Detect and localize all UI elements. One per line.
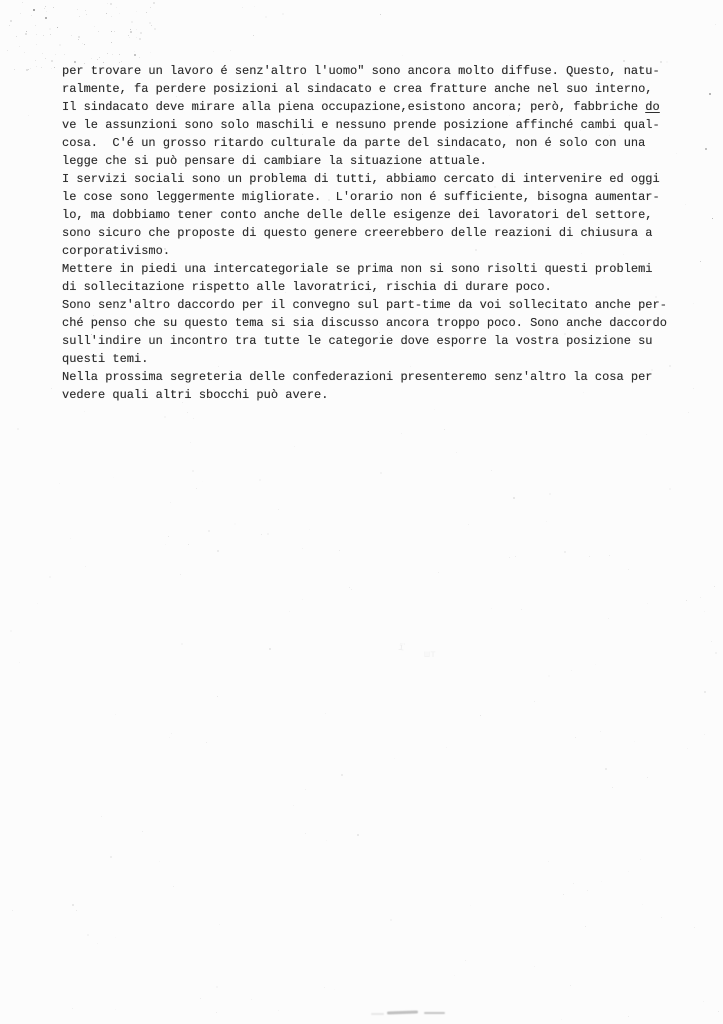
noise-speck — [200, 998, 201, 999]
noise-speck — [134, 54, 136, 56]
text-segment: Sono senz'altro daccordo per il convegno… — [62, 298, 667, 312]
noise-speck — [688, 412, 689, 413]
noise-speck — [110, 856, 112, 858]
bottom-smudge-mark — [387, 1010, 418, 1014]
noise-speck — [94, 26, 95, 27]
noise-speck — [112, 54, 113, 55]
noise-speck — [470, 905, 471, 906]
noise-speck — [570, 985, 571, 986]
noise-speck — [134, 51, 135, 52]
noise-speck — [589, 556, 590, 557]
noise-speck — [142, 831, 143, 832]
noise-speck — [390, 919, 392, 921]
noise-speck — [170, 502, 171, 503]
noise-speck — [128, 35, 129, 36]
noise-speck — [59, 44, 61, 46]
noise-speck — [693, 303, 694, 304]
noise-speck — [139, 57, 140, 58]
noise-speck — [289, 611, 290, 612]
faint-pencil-smudge: шт — [424, 650, 436, 661]
noise-speck — [10, 630, 12, 632]
noise-speck — [642, 904, 643, 905]
noise-speck — [45, 17, 47, 19]
noise-speck — [149, 22, 151, 24]
noise-speck — [334, 989, 335, 990]
noise-speck — [131, 21, 133, 23]
text-line: le cose sono leggermente migliorate. L'o… — [62, 188, 667, 206]
text-segment: Mettere in piedi una intercategoriale se… — [62, 262, 653, 276]
text-segment: ve le assunzioni sono solo maschili e ne… — [62, 118, 660, 132]
noise-speck — [704, 611, 705, 612]
noise-speck — [45, 58, 46, 59]
noise-speck — [714, 586, 715, 587]
noise-speck — [55, 54, 56, 55]
noise-speck — [12, 910, 13, 911]
noise-speck — [669, 488, 671, 490]
noise-speck — [139, 38, 141, 40]
noise-speck — [595, 664, 596, 665]
noise-speck — [208, 530, 210, 532]
noise-speck — [98, 31, 99, 32]
text-line: Nella prossima segreteria delle confeder… — [62, 368, 667, 386]
noise-speck — [130, 29, 131, 30]
noise-speck — [97, 943, 98, 944]
text-line: ché penso che su questo tema si sia disc… — [62, 314, 667, 332]
noise-speck — [711, 641, 712, 642]
text-segment: legge che si può pensare di cambiare la … — [62, 154, 487, 168]
text-line: corporativismo. — [62, 242, 667, 260]
noise-speck — [36, 34, 37, 35]
noise-speck — [35, 25, 36, 26]
noise-speck — [305, 833, 306, 834]
noise-speck — [468, 524, 469, 525]
noise-speck — [454, 975, 455, 976]
noise-speck — [646, 434, 647, 435]
noise-speck — [293, 805, 294, 806]
noise-speck — [49, 28, 51, 30]
noise-speck — [216, 1012, 217, 1013]
noise-speck — [700, 597, 701, 598]
noise-speck — [438, 572, 439, 573]
noise-speck — [534, 966, 535, 967]
noise-speck — [254, 6, 255, 7]
text-segment: vedere quali altri sbocchi può avere. — [62, 388, 328, 402]
noise-speck — [28, 69, 29, 70]
noise-speck — [705, 148, 707, 150]
noise-speck — [24, 52, 25, 53]
noise-speck — [78, 36, 80, 38]
noise-speck — [26, 69, 28, 71]
noise-speck — [309, 529, 310, 530]
noise-speck — [687, 748, 688, 749]
noise-speck — [136, 11, 137, 12]
noise-speck — [20, 13, 21, 14]
noise-speck — [171, 733, 172, 734]
text-segment: Nella prossima segreteria delle confeder… — [62, 370, 653, 384]
noise-speck — [87, 934, 89, 936]
noise-speck — [202, 481, 203, 482]
noise-speck — [19, 46, 20, 47]
noise-speck — [685, 204, 686, 205]
noise-speck — [168, 536, 169, 537]
noise-speck — [217, 550, 219, 552]
faint-pencil-smudge: ї̇ — [397, 643, 404, 655]
text-segment: sono sicuro che proposte di questo gener… — [62, 226, 653, 240]
noise-speck — [106, 13, 107, 14]
noise-speck — [107, 53, 108, 54]
noise-speck — [634, 741, 635, 742]
noise-speck — [10, 20, 12, 22]
noise-speck — [113, 477, 114, 478]
noise-speck — [709, 93, 711, 95]
noise-speck — [107, 3, 108, 4]
noise-speck — [36, 44, 37, 45]
noise-speck — [694, 927, 695, 928]
noise-speck — [573, 883, 574, 884]
noise-speck — [259, 479, 261, 481]
noise-speck — [51, 68, 52, 69]
text-line: cosa. C'é un grosso ritardo culturale da… — [62, 134, 667, 152]
text-line: lo, ma dobbiamo tener conto anche delle … — [62, 206, 667, 224]
noise-speck — [82, 43, 83, 44]
text-segment: corporativismo. — [62, 244, 170, 258]
noise-speck — [600, 731, 601, 732]
noise-speck — [153, 2, 155, 4]
text-line: Sono senz'altro daccordo per il convegno… — [62, 296, 667, 314]
noise-speck — [712, 218, 713, 219]
noise-speck — [703, 1001, 704, 1002]
noise-speck — [718, 1011, 719, 1012]
noise-speck — [351, 589, 352, 590]
bottom-smudge-mark — [424, 1012, 445, 1014]
noise-speck — [339, 550, 340, 551]
noise-speck — [37, 603, 38, 604]
noise-speck — [84, 44, 85, 45]
noise-speck — [628, 1016, 629, 1017]
noise-speck — [146, 12, 147, 13]
text-line: ve le assunzioni sono solo maschili e ne… — [62, 116, 667, 134]
noise-speck — [380, 14, 381, 15]
noise-speck — [546, 521, 547, 522]
noise-speck — [647, 603, 648, 604]
noise-speck — [85, 10, 86, 11]
noise-speck — [119, 13, 120, 14]
noise-speck — [216, 986, 218, 988]
noise-speck — [302, 599, 303, 600]
noise-speck — [99, 57, 100, 58]
noise-speck — [676, 153, 677, 154]
text-segment: di sollecitazione rispetto alle lavoratr… — [62, 280, 552, 294]
noise-speck — [196, 488, 197, 489]
noise-speck — [234, 523, 236, 525]
noise-speck — [9, 25, 10, 26]
noise-speck — [513, 497, 515, 499]
text-segment: lo, ma dobbiamo tener conto anche delle … — [62, 208, 653, 222]
noise-speck — [278, 1010, 279, 1011]
noise-speck — [587, 890, 588, 891]
noise-speck — [561, 1019, 562, 1020]
noise-speck — [704, 734, 705, 735]
noise-speck — [608, 618, 609, 619]
noise-speck — [78, 39, 79, 40]
noise-speck — [192, 470, 194, 472]
noise-speck — [17, 428, 19, 430]
noise-speck — [159, 861, 160, 862]
noise-speck — [70, 538, 71, 539]
noise-speck — [44, 8, 45, 9]
noise-speck — [97, 59, 98, 60]
noise-speck — [53, 7, 54, 8]
noise-speck — [341, 774, 343, 776]
text-segment: cosa. C'é un grosso ritardo culturale da… — [62, 136, 645, 150]
noise-speck — [79, 16, 80, 17]
noise-speck — [188, 544, 189, 545]
noise-speck — [585, 926, 586, 927]
noise-speck — [640, 859, 641, 860]
noise-speck — [549, 493, 551, 495]
noise-speck — [294, 446, 295, 447]
noise-speck — [110, 3, 112, 5]
noise-speck — [101, 816, 102, 817]
noise-speck — [267, 533, 269, 535]
noise-speck — [217, 696, 218, 697]
noise-speck — [187, 412, 188, 413]
noise-speck — [282, 13, 284, 15]
noise-speck — [16, 36, 17, 37]
noise-speck — [715, 652, 717, 654]
noise-speck — [71, 35, 72, 36]
noise-speck — [357, 834, 359, 836]
scanned-page: per trovare un lavoro é senz'altro l'uom… — [0, 0, 723, 1024]
noise-speck — [261, 534, 262, 535]
noise-speck — [85, 566, 86, 567]
noise-speck — [7, 50, 8, 51]
noise-speck — [325, 713, 326, 714]
text-segment: ralmente, fa perdere posizioni al sindac… — [62, 82, 653, 96]
noise-speck — [693, 388, 694, 389]
noise-speck — [612, 787, 613, 788]
text-segment: le cose sono leggermente migliorate. L'o… — [62, 190, 660, 204]
noise-speck — [628, 569, 629, 570]
text-line: per trovare un lavoro é senz'altro l'uom… — [62, 62, 667, 80]
noise-speck — [446, 747, 447, 748]
noise-speck — [575, 737, 576, 738]
text-line: I servizi sociali sono un problema di tu… — [62, 170, 667, 188]
noise-speck — [28, 115, 29, 116]
text-line: di sollecitazione rispetto alle lavoratr… — [62, 278, 667, 296]
noise-speck — [548, 675, 550, 677]
text-segment: ché penso che su questo tema si sia disc… — [62, 316, 667, 330]
noise-speck — [140, 32, 142, 34]
noise-speck — [51, 60, 53, 62]
noise-speck — [456, 452, 457, 453]
noise-speck — [647, 777, 648, 778]
noise-speck — [77, 9, 78, 10]
noise-speck — [45, 6, 46, 7]
noise-speck — [72, 904, 74, 906]
noise-speck — [251, 999, 252, 1000]
noise-speck — [30, 68, 31, 69]
text-line: legge che si può pensare di cambiare la … — [62, 152, 667, 170]
noise-speck — [661, 917, 662, 918]
noise-speck — [154, 28, 156, 30]
noise-speck — [91, 58, 92, 59]
noise-speck — [22, 2, 23, 3]
noise-speck — [181, 643, 183, 645]
noise-speck — [64, 54, 65, 55]
text-line: questi temi. — [62, 350, 667, 368]
text-line: Il sindacato deve mirare alla piena occu… — [62, 98, 667, 116]
noise-speck — [324, 987, 325, 988]
noise-speck — [444, 429, 445, 430]
document-text: per trovare un lavoro é senz'altro l'uom… — [62, 62, 667, 404]
noise-speck — [111, 31, 112, 32]
noise-speck — [278, 509, 279, 510]
noise-speck — [51, 388, 52, 389]
noise-speck — [150, 7, 151, 8]
noise-speck — [434, 409, 435, 410]
noise-speck — [548, 861, 549, 862]
noise-speck — [305, 789, 306, 790]
noise-speck — [50, 34, 51, 35]
noise-speck — [59, 483, 60, 484]
text-segment: I servizi sociali sono un problema di tu… — [62, 172, 660, 186]
noise-speck — [180, 574, 181, 575]
noise-speck — [136, 37, 137, 38]
noise-speck — [26, 31, 27, 32]
text-segment: sull'indire un incontro tra tutte le cat… — [62, 334, 653, 348]
noise-speck — [704, 691, 706, 693]
noise-speck — [54, 67, 55, 68]
noise-speck — [115, 937, 116, 938]
noise-speck — [509, 557, 510, 558]
noise-speck — [628, 871, 629, 872]
noise-speck — [480, 715, 481, 716]
noise-speck — [242, 7, 243, 8]
noise-speck — [302, 548, 303, 549]
noise-speck — [129, 37, 130, 38]
noise-speck — [206, 742, 207, 743]
text-line: vedere quali altri sbocchi può avere. — [62, 386, 667, 404]
noise-speck — [349, 587, 350, 588]
text-line: sull'indire un incontro tra tutte le cat… — [62, 332, 667, 350]
noise-speck — [491, 608, 492, 609]
noise-speck — [715, 24, 716, 25]
noise-speck — [150, 52, 151, 53]
text-line: sono sicuro che proposte di questo gener… — [62, 224, 667, 242]
noise-speck — [43, 35, 44, 36]
noise-speck — [521, 609, 522, 610]
noise-speck — [164, 416, 166, 418]
noise-speck — [190, 442, 191, 443]
noise-speck — [515, 556, 516, 557]
noise-speck — [57, 27, 58, 28]
noise-speck — [326, 840, 327, 841]
noise-speck — [601, 881, 602, 882]
noise-speck — [49, 576, 51, 578]
noise-speck — [571, 670, 572, 671]
noise-speck — [380, 472, 382, 474]
noise-speck — [72, 1008, 73, 1009]
text-segment: Il sindacato deve mirare alla piena occu… — [62, 100, 645, 114]
noise-speck — [700, 261, 701, 262]
noise-speck — [165, 544, 166, 545]
noise-speck — [46, 11, 47, 12]
noise-speck — [115, 714, 116, 715]
noise-speck — [25, 33, 27, 35]
noise-speck — [491, 470, 492, 471]
noise-speck — [76, 910, 77, 911]
noise-speck — [609, 555, 610, 556]
noise-speck — [265, 16, 267, 18]
noise-speck — [19, 662, 20, 663]
noise-speck — [230, 50, 231, 51]
text-segment: per trovare un lavoro é senz'altro l'uom… — [62, 64, 660, 78]
noise-speck — [35, 60, 36, 61]
noise-speck — [115, 1009, 116, 1010]
bottom-smudge-mark — [371, 1013, 384, 1015]
noise-speck — [269, 648, 271, 650]
noise-speck — [119, 54, 120, 55]
noise-speck — [151, 25, 152, 26]
text-line: Mettere in piedi una intercategoriale se… — [62, 260, 667, 278]
noise-speck — [213, 51, 214, 52]
noise-speck — [253, 35, 254, 36]
noise-speck — [136, 29, 137, 30]
noise-speck — [394, 758, 395, 759]
noise-speck — [193, 418, 194, 419]
noise-speck — [84, 411, 85, 412]
noise-speck — [130, 31, 132, 33]
noise-speck — [534, 701, 535, 702]
noise-speck — [33, 9, 35, 11]
text-segment: questi temi. — [62, 352, 148, 366]
text-segment-underlined: do — [645, 100, 659, 114]
noise-speck — [465, 960, 466, 961]
noise-speck — [31, 15, 32, 16]
noise-speck — [111, 42, 112, 43]
noise-speck — [41, 67, 42, 68]
noise-speck — [564, 551, 566, 553]
noise-speck — [116, 7, 117, 8]
noise-speck — [42, 53, 43, 54]
noise-speck — [401, 433, 402, 434]
noise-speck — [14, 69, 15, 70]
noise-speck — [169, 737, 170, 738]
noise-speck — [605, 768, 607, 770]
noise-speck — [36, 66, 37, 67]
noise-speck — [402, 55, 403, 56]
text-line: ralmente, fa perdere posizioni al sindac… — [62, 80, 667, 98]
noise-speck — [686, 600, 687, 601]
noise-speck — [563, 894, 564, 895]
noise-speck — [173, 886, 174, 887]
noise-speck — [86, 14, 87, 15]
noise-speck — [114, 31, 115, 32]
noise-speck — [669, 365, 671, 367]
noise-speck — [219, 924, 220, 925]
noise-speck — [111, 16, 112, 17]
